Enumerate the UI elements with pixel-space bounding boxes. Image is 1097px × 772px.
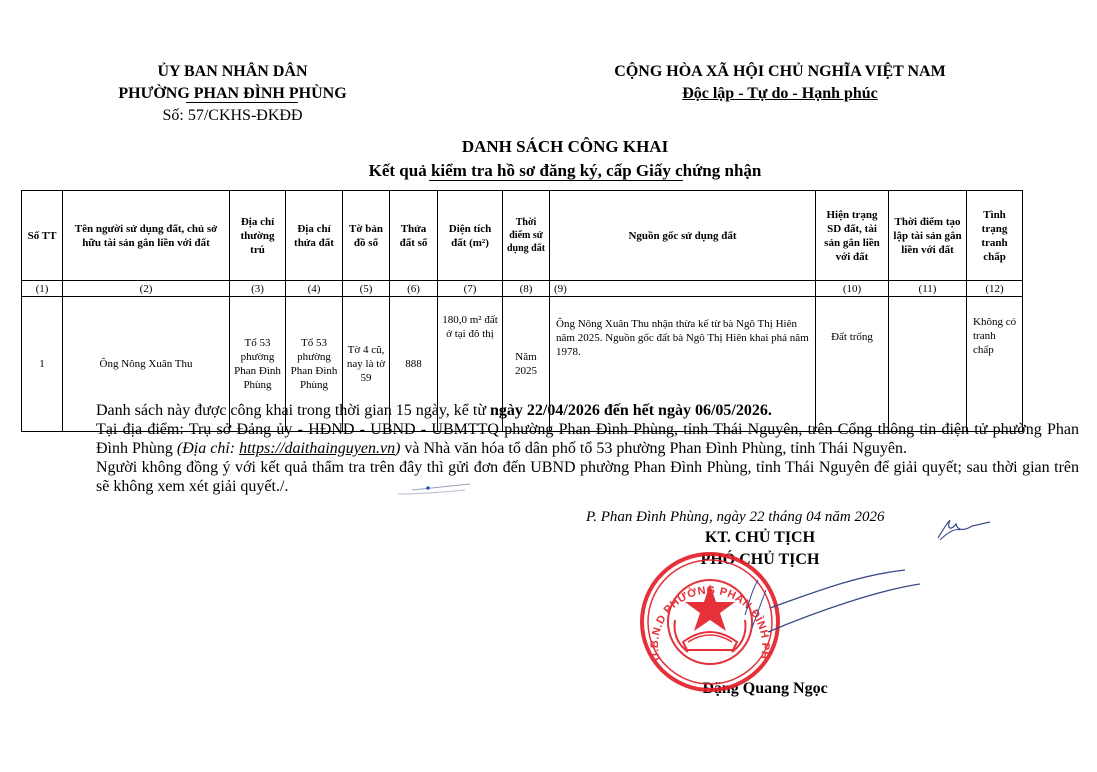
authority-line2: PHƯỜNG PHAN ĐÌNH PHÙNG [60,83,405,105]
col-index: (7) [438,281,503,297]
paragraph-objection: Người không đồng ý với kết quả thẩm tra … [49,458,1079,496]
motto-text: Độc lập - Tự do - Hạnh phúc [682,85,878,102]
title-main: DANH SÁCH CÔNG KHAI [250,135,880,159]
location-text-wrap: Tại địa điểm: Trụ sở Đảng ủy - HĐND - UB… [49,420,1079,458]
col-header: Địa chỉ thửa đất [286,191,343,281]
authority-underline [186,102,298,103]
col-index: (3) [230,281,286,297]
col-index: (11) [889,281,967,297]
portal-link[interactable]: https://daithainguyen.vn [239,440,395,457]
col-index: (2) [63,281,230,297]
authority-line1: ỦY BAN NHÂN DÂN [60,61,405,83]
address-note: (Địa chỉ: https://daithainguyen.vn) [177,440,401,457]
col-index: (9) [550,281,816,297]
address-prefix: (Địa chỉ: [177,440,239,457]
col-index: (12) [967,281,1023,297]
period-line: Danh sách này được công khai trong thời … [49,401,1079,420]
place-date: P. Phan Đình Phùng, ngày 22 tháng 04 năm… [586,509,884,526]
table-header-row: Số TT Tên người sử dụng đất, chủ sở hữu … [22,191,1023,281]
title-sub: Kết quả kiểm tra hồ sơ đăng ký, cấp Giấy… [369,161,762,180]
col-header: Địa chỉ thường trú [230,191,286,281]
document-number: Số: 57/CKHS-ĐKĐĐ [60,105,405,127]
paragraph-location: Tại địa điểm: Trụ sở Đảng ủy - HĐND - UB… [49,420,1079,458]
signer-role-2: PHÓ CHỦ TỊCH [640,549,880,571]
objection-text: Người không đồng ý với kết quả thẩm tra … [49,458,1079,496]
col-index: (6) [390,281,438,297]
col-index: (8) [503,281,550,297]
period-dates: ngày 22/04/2026 đến hết ngày 06/05/2026. [490,402,772,419]
signer-role-1: KT. CHỦ TỊCH [640,527,880,549]
col-header: Tình trạng tranh chấp [967,191,1023,281]
col-header: Số TT [22,191,63,281]
document-title: DANH SÁCH CÔNG KHAI Kết quả kiểm tra hồ … [250,135,880,183]
public-list-table: Số TT Tên người sử dụng đất, chủ sở hữu … [21,190,1023,432]
title-underline [429,180,683,181]
national-motto: Độc lập - Tự do - Hạnh phúc [560,83,1000,105]
col-header: Nguồn gốc sử dụng đất [550,191,816,281]
col-header: Thời điểm tạo lập tài sản gắn liền với đ… [889,191,967,281]
national-header: CỘNG HÒA XÃ HỘI CHỦ NGHĨA VIỆT NAM Độc l… [560,61,1000,105]
col-index: (4) [286,281,343,297]
col-header: Hiện trạng SD đất, tài sản gắn liền với … [816,191,889,281]
period-text: Danh sách này được công khai trong thời … [96,402,490,419]
col-header: Diện tích đất (m²) [438,191,503,281]
issuing-authority: ỦY BAN NHÂN DÂN PHƯỜNG PHAN ĐÌNH PHÙNG S… [60,61,405,127]
col-header: Thời điểm sử dụng đất [503,191,550,281]
col-header: Thửa đất số [390,191,438,281]
col-header: Tờ bản đồ số [343,191,390,281]
table-index-row: (1) (2) (3) (4) (5) (6) (7) (8) (9) (10)… [22,281,1023,297]
authority-name: PHƯỜNG PHAN ĐÌNH PHÙNG [118,85,346,102]
national-title: CỘNG HÒA XÃ HỘI CHỦ NGHĨA VIỆT NAM [560,61,1000,83]
paragraph-period: Danh sách này được công khai trong thời … [49,401,1079,420]
col-index: (5) [343,281,390,297]
signer-name: Đặng Quang Ngọc [660,680,870,698]
title-sub-wrap: Kết quả kiểm tra hồ sơ đăng ký, cấp Giấy… [250,159,880,183]
location-text-b: và Nhà văn hóa tổ dân phố tổ 53 phường P… [400,440,907,457]
col-index: (1) [22,281,63,297]
col-index: (10) [816,281,889,297]
col-header: Tên người sử dụng đất, chủ sở hữu tài sả… [63,191,230,281]
